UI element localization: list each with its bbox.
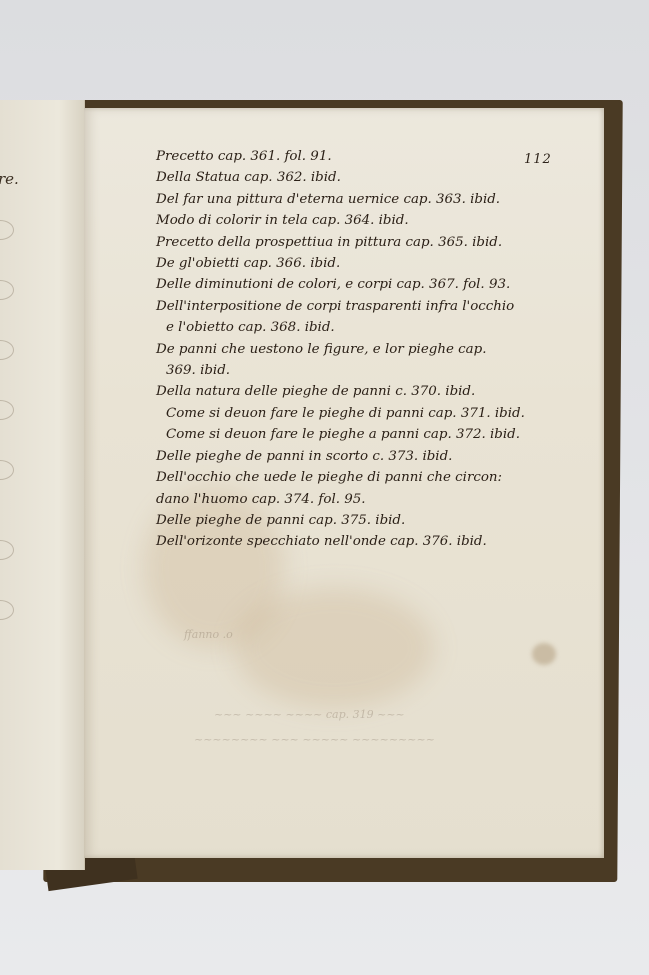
bleed-loop (0, 280, 14, 300)
bleed-loop (0, 220, 14, 240)
bleed-loop (0, 400, 14, 420)
bleed-through-text: ~~~ ~~~~ ~~~~ cap. 319 ~~~ (214, 708, 405, 721)
left-page-fragment: re. (0, 170, 19, 188)
bleed-loop (0, 600, 14, 620)
index-entry: Dell'interpositione de corpi trasparenti… (156, 296, 576, 317)
index-entry-continuation: 369. ibid. (156, 360, 576, 381)
index-entry: De panni che uestono le figure, e lor pi… (156, 339, 576, 360)
index-entries: Precetto cap. 361. fol. 91. Della Statua… (156, 146, 576, 553)
index-entry: Dell'occhio che uede le pieghe di panni … (156, 467, 576, 488)
bleed-through-text: ﬀanno .o (184, 628, 233, 641)
bleed-loop (0, 460, 14, 480)
index-entry: Delle pieghe de panni cap. 375. ibid. (156, 510, 576, 531)
bleed-loop (0, 540, 14, 560)
index-entry: Delle diminutioni de colori, e corpi cap… (156, 274, 576, 295)
index-entry: Dell'orizonte specchiato nell'onde cap. … (156, 531, 576, 552)
index-entry: Come si deuon fare le pieghe a panni cap… (156, 424, 576, 445)
index-entry: Della Statua cap. 362. ibid. (156, 167, 576, 188)
water-stain (234, 588, 434, 708)
index-entry: De gl'obietti cap. 366. ibid. (156, 253, 576, 274)
index-entry: Come si deuon fare le pieghe di panni ca… (156, 403, 576, 424)
index-entry-continuation: e l'obietto cap. 368. ibid. (156, 317, 576, 338)
index-entry-continuation: dano l'huomo cap. 374. fol. 95. (156, 489, 576, 510)
index-entry: Del far una pittura d'eterna uernice cap… (156, 189, 576, 210)
index-entry: Delle pieghe de panni in scorto c. 373. … (156, 446, 576, 467)
ink-spot (532, 643, 556, 665)
index-entry: Precetto cap. 361. fol. 91. (156, 146, 576, 167)
bleed-loop (0, 340, 14, 360)
left-page: re. (0, 100, 85, 870)
index-entry: Modo di colorir in tela cap. 364. ibid. (156, 210, 576, 231)
index-entry: Della natura delle pieghe de panni c. 37… (156, 381, 576, 402)
bleed-through-text: ~~~~~~~~ ~~~ ~~~~~ ~~~~~~~~~ (194, 733, 435, 746)
manuscript-page: ﬀanno .o ~~~ ~~~~ ~~~~ cap. 319 ~~~ ~~~~… (84, 108, 604, 858)
index-entry: Precetto della prospettiua in pittura ca… (156, 232, 576, 253)
